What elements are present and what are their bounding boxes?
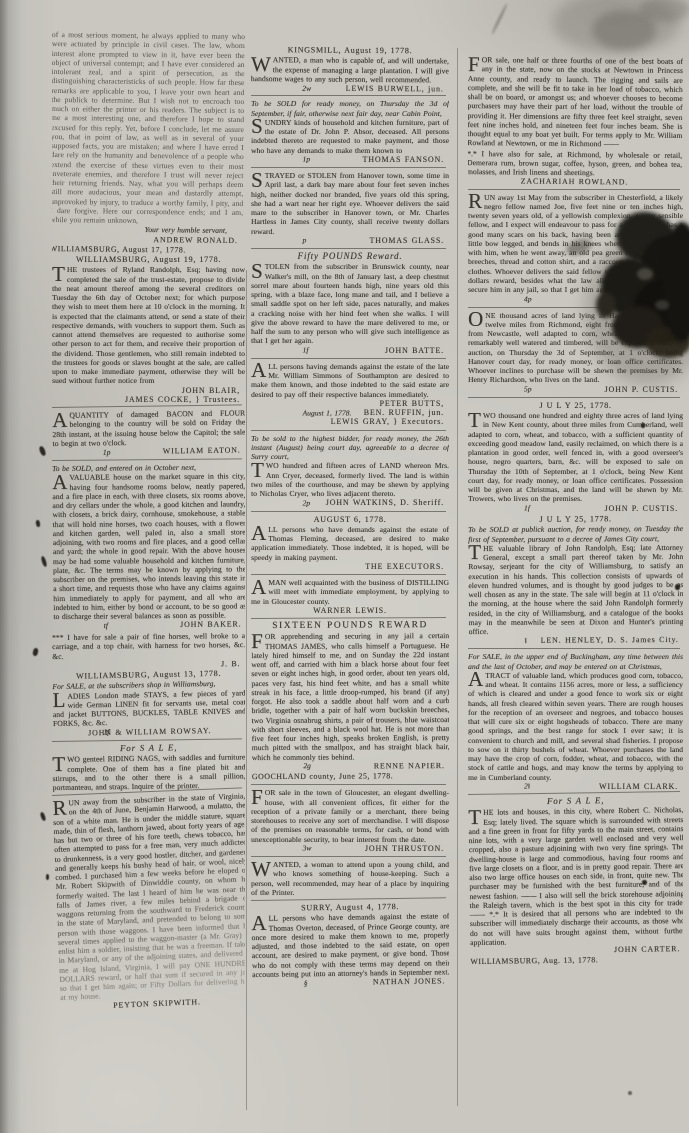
ad-sideline-mark: tf: [104, 621, 108, 630]
ad-separator-rule: [251, 511, 446, 512]
ad-body-text: ALL persons having demands against the e…: [251, 362, 449, 399]
ad-signature: LEWIS GRAY, } Executors.: [251, 417, 449, 426]
ad-body-text: THE valuable library of John Randolph, E…: [468, 542, 683, 636]
column-divider-rule: [246, 270, 247, 1110]
ad-sideline-mark: 1f: [103, 727, 109, 736]
newspaper-ad: A MAN well acquainted with the business …: [251, 574, 449, 615]
ad-signature: WILLIAM EATON.: [53, 445, 245, 457]
ad-signature: RENNE NAPIER.: [252, 761, 449, 771]
ad-body-text: A VALUABLE house on the market square in…: [52, 472, 245, 622]
newspaper-ad: SIXTEEN POUNDS REWARDFOR apprehending an…: [251, 617, 449, 781]
ad-separator-rule: [52, 404, 242, 408]
ad-separator-rule: [251, 856, 446, 857]
ad-signature-block: pTHOMAS GLASS.: [251, 236, 449, 245]
ad-separator-rule: [468, 397, 680, 398]
newspaper-ad: of a most serious moment, he always appl…: [52, 30, 245, 255]
newspaper-ad: A QUANTITY of damaged BACON and FLOUR be…: [52, 404, 245, 457]
ad-sideline-mark: 3w: [302, 844, 311, 853]
ad-signature-block: ANDREW RONALD.: [52, 233, 243, 244]
ad-body-text: LADIES London made STAYS, a few pieces o…: [52, 688, 245, 729]
ad-sideline-mark: 1p: [103, 447, 111, 456]
ad-signature: LEWIS BURWELL, jun.: [251, 83, 449, 94]
ad-separator-rule: [251, 358, 446, 359]
ad-body-text: TWO hundred and fifteen acres of LAND wh…: [251, 461, 449, 498]
ad-signature: THOMAS FANSON.: [251, 155, 449, 164]
ad-dateline: J U L Y 25, 1778.: [468, 401, 683, 410]
ad-signature: THOMAS GLASS.: [251, 236, 449, 245]
ad-body-text: FOR apprehending and securing in any jai…: [251, 631, 449, 762]
ad-signature-block: 1fJOHN BATTE.: [251, 346, 449, 355]
ad-body-text: WANTED, a man who is capable of, and wil…: [251, 55, 449, 84]
ad-sideline-mark: p: [302, 236, 306, 245]
ad-signature: JOHN BAKER.: [53, 620, 245, 631]
ad-signature: JAMES COCKE, } Trustees.: [52, 395, 245, 404]
ad-signature: PETER BUTTS,: [251, 399, 449, 408]
newspaper-ad: KINGSMILL, August 19, 1778.WANTED, a man…: [251, 45, 449, 94]
ad-sideline-mark: 1f: [524, 504, 530, 513]
ad-signature-block: 1fJOHN P. CUSTIS.: [468, 504, 683, 513]
newspaper-ad: SURRY, August 4, 1778.ALL persons who ha…: [251, 897, 449, 988]
ad-body-text: of a most serious moment, he always appl…: [52, 30, 245, 226]
ad-body-text: ALL persons who have demands against the…: [251, 525, 449, 562]
ad-sideline-mark: August 1, 1778.: [302, 408, 351, 417]
ad-separator-rule: [251, 617, 446, 619]
ad-separator-rule: [468, 791, 680, 795]
page: of a most serious moment, he always appl…: [0, 0, 689, 1133]
ad-body-text: A TRACT of valuable land, which produces…: [468, 671, 683, 782]
ad-signature-block: 2pJOHN WATKINS, D. Sheriff.: [251, 498, 449, 507]
ad-lead-line: To be sold to the highest bidder, for re…: [251, 434, 449, 462]
ad-body-text: TWO thousand one hundred and eighty thre…: [468, 411, 683, 504]
ad-signature: JOHN P. CUSTIS.: [468, 504, 683, 513]
ad-body-text: A QUANTITY of damaged BACON and FLOUR be…: [52, 408, 245, 448]
ad-signature-block: 2‖WILLIAM CLARK.: [468, 782, 683, 791]
ad-sideline-mark: 2‖: [524, 782, 530, 791]
newspaper-ad: ALL persons having demands against the e…: [251, 358, 449, 427]
ad-sideline-mark: 5p: [524, 385, 532, 394]
ad-heading: SIXTEEN POUNDS REWARD: [251, 621, 449, 631]
ad-separator-rule: [52, 738, 242, 742]
ad-signature: JOHN BLAIR,: [52, 386, 245, 395]
ad-body-text: STRAYED or STOLEN from Hanover town, som…: [251, 171, 449, 236]
ad-signature-block: August 1, 1778.PETER BUTTS,BEN. RUFFIN, …: [251, 399, 449, 427]
ad-signature: ANDREW RONALD.: [52, 233, 243, 244]
ad-signature: JOHN P. CUSTIS.: [468, 385, 683, 394]
ad-body-text: TWO genteel RIDING NAGS, with saddles an…: [52, 752, 245, 792]
ad-separator-rule: [251, 430, 446, 431]
ad-signature-block: 3wJOHN THRUSTON.: [251, 844, 449, 853]
ad-body-text: A MAN well acquainted with the business …: [251, 578, 449, 606]
newspaper-ad: J U L Y 25, 1778.To be SOLD at publick a…: [468, 514, 683, 646]
newspaper-ad: For SALE, in the upper end of Buckingham…: [468, 648, 683, 791]
ad-sideline-mark: ‖: [525, 636, 527, 645]
ad-sideline-mark: §: [304, 978, 308, 987]
ad-signature: LEN. HENLEY, D. S. James City.: [469, 635, 683, 645]
ad-signature-block: 1pWILLIAM EATON.: [53, 445, 245, 457]
ad-signature: NATHAN JONES.: [252, 976, 449, 988]
ad-signature-block: ‖LEN. HENLEY, D. S. James City.: [469, 635, 683, 645]
ad-body-text: THE trustees of Ryland Randolph, Esq; ha…: [52, 265, 245, 385]
ad-footline: WILLIAMSBURG, Aug. 13, 1778.: [470, 954, 683, 966]
ad-signature-block: §NATHAN JONES.: [252, 976, 449, 988]
ad-dateline: WILLIAMSBURG, August 19, 1778.: [52, 255, 245, 264]
ad-signature-block: 1pTHOMAS FANSON.: [251, 155, 449, 164]
ad-lead-line: To be SOLD for ready money, on Thursday …: [251, 99, 449, 118]
ad-footline: GOOCHLAND county, June 25, 1778.: [252, 771, 449, 781]
newspaper-ad: AUGUST 6, 1778.ALL persons who have dema…: [251, 511, 449, 572]
ad-signature-block: ZACHARIAH ROWLAND.: [468, 176, 682, 187]
ad-lead-line: To be SOLD at publick auction, for ready…: [468, 524, 683, 544]
ad-lead-line: For SALE, in the upper end of Buckingham…: [468, 652, 683, 671]
ad-separator-rule: [251, 248, 446, 249]
newspaper-ad: For S A L E,THE lots and houses, in this…: [468, 791, 683, 966]
ad-sideline-mark: 4p: [524, 294, 532, 303]
ad-signature-block: JOHN BLAIR,JAMES COCKE, } Trustees.: [52, 386, 245, 405]
ad-footline: WILLIAMSBURG, August 17, 1778.: [52, 244, 243, 255]
ad-signature: JOHN BATTE.: [251, 346, 449, 355]
ad-body-text: FOR sale, one half or three fourths of o…: [468, 55, 683, 149]
newspaper-ad: To be SOLD, and entered on in October ne…: [52, 459, 245, 631]
ad-body-text: WANTED, a woman to attend upon a young c…: [251, 860, 449, 897]
ad-signature: ZACHARIAH ROWLAND.: [468, 176, 682, 187]
ad-signature: THE EXECUTORS.: [251, 562, 449, 571]
ad-separator-rule: [251, 167, 446, 168]
ad-separator-rule: [468, 189, 680, 190]
column-2: KINGSMILL, August 19, 1778.WANTED, a man…: [251, 44, 449, 1119]
newspaper-ad: RUN away from the subscriber in the stat…: [52, 787, 245, 1011]
ad-separator-rule: [251, 95, 446, 96]
newspaper-ad: STRAYED or STOLEN from Hanover town, som…: [251, 167, 449, 245]
ad-separator-rule: [468, 648, 680, 649]
column-divider-rule: [457, 48, 458, 1106]
ad-dateline: KINGSMILL, August 19, 1778.: [251, 45, 449, 56]
ad-separator-rule: [251, 897, 446, 901]
ad-separator-rule: [251, 784, 446, 785]
ad-signature-block: THE EXECUTORS.: [251, 562, 449, 571]
newspaper-ad: *** I have for sale a pair of fine horse…: [52, 631, 245, 670]
ad-body-text: SUNDRY kinds of household and kitchen fu…: [251, 118, 449, 155]
newspaper-ad: FOR sale in the town of Gloucester, an e…: [251, 784, 449, 853]
newspaper-ad: For S A L E,TWO genteel RIDING NAGS, wit…: [52, 738, 245, 792]
ad-sideline-mark: 1f: [302, 346, 308, 355]
ad-sideline-mark: 2p: [302, 498, 310, 507]
ad-body-text: ALL persons who have demands against the…: [251, 911, 449, 979]
ad-body-text: STOLEN from the subscriber in Brunswick …: [251, 262, 449, 345]
ad-signature-block: 5pJOHN P. CUSTIS.: [468, 385, 683, 394]
newspaper-ad: To be sold to the highest bidder, for re…: [251, 430, 449, 508]
ad-heading: Fifty POUNDS Reward.: [251, 252, 449, 261]
ad-signature: JOHN WATKINS, D. Sheriff.: [251, 498, 449, 507]
newspaper-ad: WILLIAMSBURG, August 13, 1778.For SALE, …: [52, 668, 245, 737]
ad-signature-block: WARNER LEWIS.: [251, 606, 449, 615]
scanned-newspaper-page: { "colors": { "paper": "#c9c7c0", "ink":…: [0, 0, 689, 1133]
ad-dateline: J U L Y 25, 1778.: [468, 514, 683, 524]
ad-signature: WILLIAM CLARK.: [468, 782, 683, 791]
ad-signature-block: 2gRENNE NAPIER.: [252, 761, 449, 771]
newspaper-ad: FOR sale, one half or three fourths of o…: [468, 55, 683, 187]
ad-signature-block: 2wLEWIS BURWELL, jun.: [251, 83, 449, 94]
newspaper-ad: WILLIAMSBURG, August 19, 1778.THE truste…: [52, 255, 245, 404]
ad-separator-rule: [251, 574, 446, 575]
ad-body-text: RUN away from the subscriber in the stat…: [52, 791, 245, 1002]
newspaper-ad: To be SOLD for ready money, on Thursday …: [251, 95, 449, 164]
ad-body-text: THE lots and houses, in this city, where…: [468, 805, 683, 947]
ad-separator-rule: [52, 459, 242, 462]
newspaper-ad: WANTED, a woman to attend upon a young c…: [251, 856, 449, 897]
newspaper-ad: Fifty POUNDS Reward.STOLEN from the subs…: [251, 248, 449, 355]
ad-sideline-mark: 2w: [302, 83, 311, 92]
ad-signature-block: tfJOHN BAKER.: [53, 620, 245, 631]
column-1: of a most serious moment, he always appl…: [52, 30, 245, 1115]
ad-body-text: FOR sale in the town of Gloucester, an e…: [251, 788, 449, 844]
ad-signature: WARNER LEWIS.: [251, 606, 449, 615]
ad-postscript: *** I have for sale a pair of fine horse…: [52, 631, 245, 661]
ad-signature: JOHN THRUSTON.: [251, 844, 449, 853]
ad-sideline-mark: 2g: [303, 761, 311, 770]
ad-postscript: *.* I have also for sale, at Richmond, b…: [468, 148, 682, 178]
newspaper-ad: J U L Y 25, 1778.TWO thousand one hundre…: [468, 397, 683, 513]
ad-sideline-mark: 1p: [302, 155, 310, 164]
ad-dateline: AUGUST 6, 1778.: [251, 515, 449, 524]
